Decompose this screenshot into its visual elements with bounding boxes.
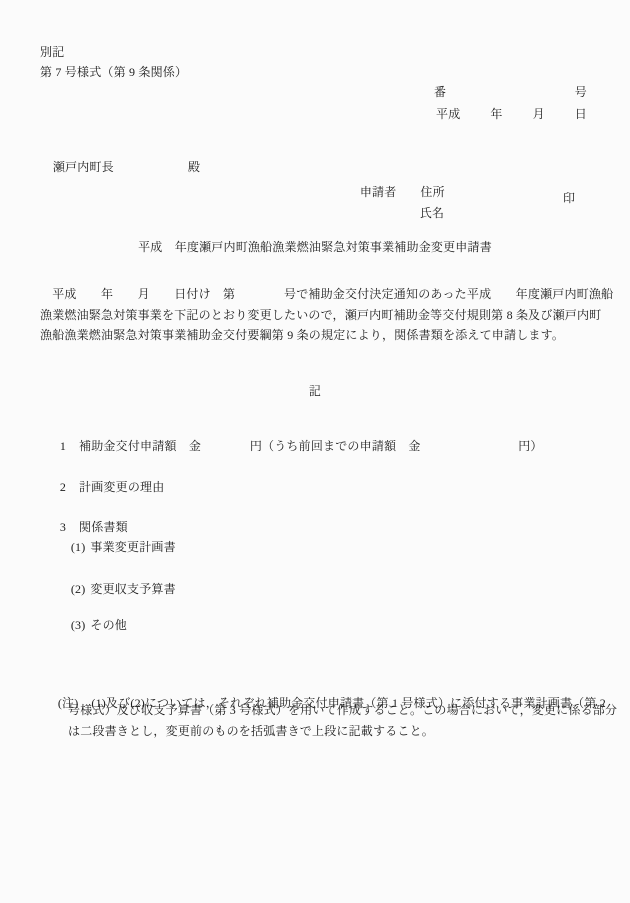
document-number-line: 番 号: [434, 85, 587, 100]
sub-item-number: (2): [71, 582, 86, 596]
item-number: 2: [60, 480, 66, 494]
sub-item-number: (3): [71, 618, 86, 632]
sub-item-number: (1): [71, 540, 86, 554]
addressee-line: 瀬戸内町長殿: [40, 145, 200, 190]
item-text: 補助金交付申請額 金 円（うち前回までの申請額 金 円）: [79, 439, 543, 453]
name-label: 氏名: [420, 206, 444, 220]
sub-item-text: その他: [90, 618, 127, 632]
body-line-1: 平成 年 月 日付け 第 号で補助金交付決定通知のあった平成 年度瀬戸内町漁船: [40, 287, 613, 302]
sub-item-text: 事業変更計画書: [90, 540, 175, 554]
applicant-name-line: 氏名: [407, 191, 444, 236]
addressee-honorific: 殿: [188, 160, 200, 174]
number-prefix: 番: [434, 85, 446, 100]
day-label: 日: [575, 107, 587, 122]
sub-item-business-change-plan: (1)事業変更計画書: [58, 525, 176, 570]
number-suffix: 号: [575, 85, 587, 100]
addressee-title: 瀬戸内町長: [53, 160, 114, 174]
item-change-reason: 2計画変更の理由: [47, 465, 164, 510]
date-line: 平成 年 月 日: [436, 107, 587, 122]
applicant-label: 申請者: [360, 185, 397, 199]
note-line-3: は二段書きとし，変更前のものを括弧書きで上段に記載すること。: [68, 724, 434, 739]
sub-item-other: (3)その他: [58, 603, 127, 648]
annex-label: 別記: [40, 45, 64, 60]
note-line-2: 号様式）及び収支予算書（第 3 号様式）を用いて作成すること。この場合において，…: [68, 703, 617, 718]
month-label: 月: [533, 107, 545, 122]
year-label: 年: [490, 107, 502, 122]
document-page: 別記 第 7 号様式（第 9 条関係） 番 号 平成 年 月 日 瀬戸内町長殿 …: [0, 0, 630, 903]
era-label: 平成: [436, 107, 460, 122]
sub-item-text: 変更収支予算書: [90, 582, 175, 596]
document-title: 平成 年度瀬戸内町漁船漁業燃油緊急対策事業補助金変更申請書: [0, 240, 630, 255]
item-text: 計画変更の理由: [79, 480, 164, 494]
seal-mark: 印: [563, 191, 575, 206]
body-line-2: 漁業燃油緊急対策事業を下記のとおり変更したいので，瀬戸内町補助金等交付規則第 8…: [40, 308, 601, 323]
record-marker: 記: [0, 384, 630, 399]
body-line-3: 漁船漁業燃油緊急対策事業補助金交付要綱第 9 条の規定により，関係書類を添えて申…: [40, 328, 564, 343]
item-application-amount: 1補助金交付申請額 金 円（うち前回までの申請額 金 円）: [47, 424, 543, 469]
item-number: 1: [60, 439, 66, 453]
form-number-label: 第 7 号様式（第 9 条関係）: [40, 65, 187, 80]
